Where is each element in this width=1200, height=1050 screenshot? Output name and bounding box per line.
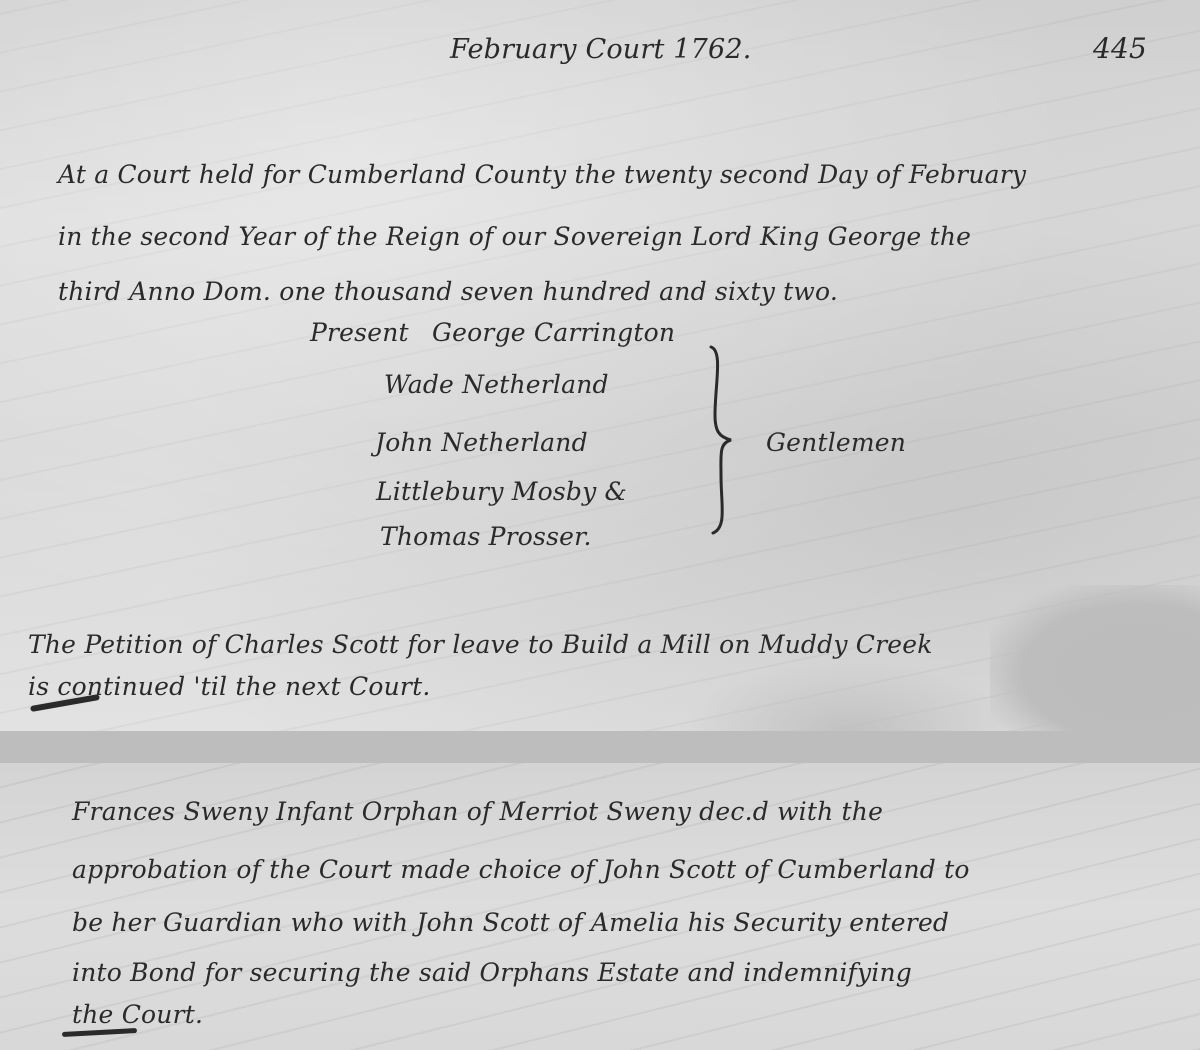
justice-name: Thomas Prosser. <box>380 522 592 551</box>
entry-line: The Petition of Charles Scott for leave … <box>28 630 933 659</box>
entry-line: Frances Sweny Infant Orphan of Merriot S… <box>72 797 883 826</box>
entry-line: the Court. <box>72 1000 203 1029</box>
opening-line: third Anno Dom. one thousand seven hundr… <box>58 277 838 306</box>
opening-line: At a Court held for Cumberland County th… <box>58 160 1026 189</box>
entry-line: approbation of the Court made choice of … <box>72 855 970 884</box>
water-stain <box>680 660 1020 731</box>
bracket-label: Gentlemen <box>766 428 906 457</box>
justice-name: John Netherland <box>375 428 588 457</box>
opening-line: in the second Year of the Reign of our S… <box>58 222 971 251</box>
scan-separator-band <box>0 731 1200 763</box>
entry-line: be her Guardian who with John Scott of A… <box>72 908 949 937</box>
entry-line: into Bond for securing the said Orphans … <box>72 958 912 987</box>
justice-name: Wade Netherland <box>384 370 609 399</box>
curly-brace-icon <box>697 345 757 535</box>
water-stain <box>990 585 1200 731</box>
justice-name: George Carrington <box>432 318 675 347</box>
page-number: 445 <box>1093 32 1147 65</box>
present-label: Present <box>310 318 409 347</box>
justice-name: Littlebury Mosby & <box>376 477 627 506</box>
page-header-title: February Court 1762. <box>450 34 752 65</box>
